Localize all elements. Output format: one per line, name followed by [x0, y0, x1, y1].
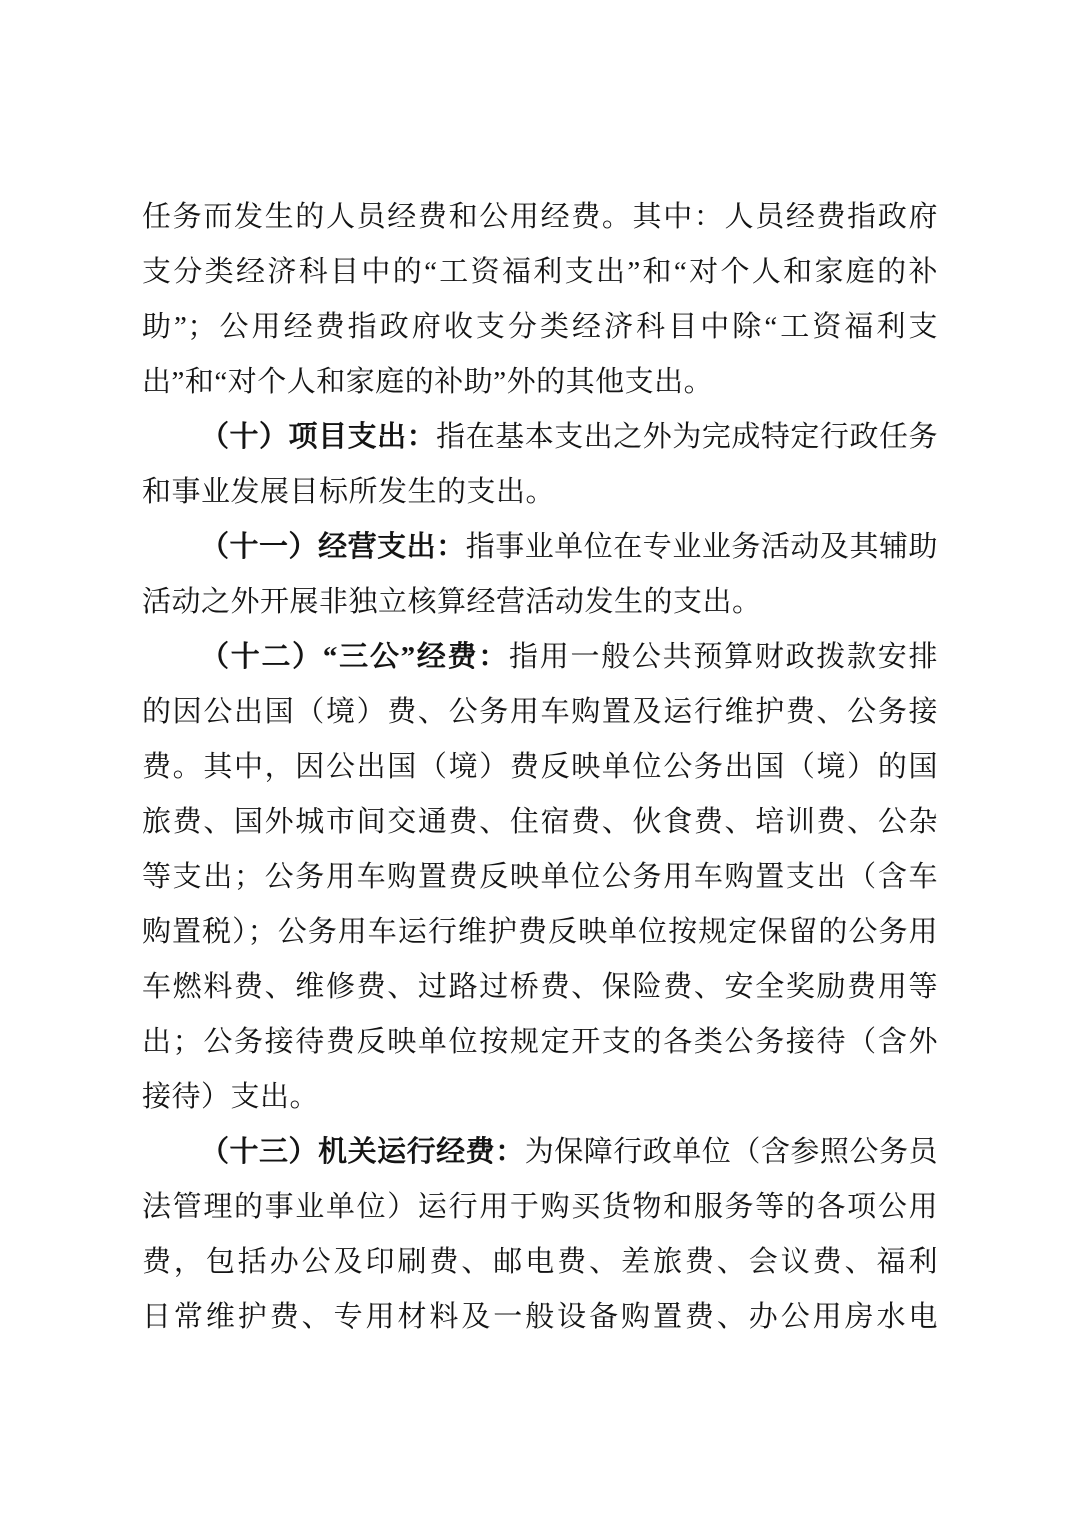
text-line: 支分类经济科目中的“工资福利支出”和“对个人和家庭的补 — [142, 245, 938, 300]
term-definition: 指事业单位在专业业务活动及其辅助 — [466, 531, 938, 563]
term-definition: 指用一般公共预算财政拨款安排 — [509, 641, 938, 673]
text-line: 日常维护费、专用材料及一般设备购置费、办公用房水电费、 — [142, 1290, 938, 1345]
text-line: （十）项目支出：指在基本支出之外为完成特定行政任务 — [142, 410, 938, 465]
text-line: 法管理的事业单位）运行用于购买货物和服务等的各项公用经 — [142, 1180, 938, 1235]
text-line: 购置税）；公务用车运行维护费反映单位按规定保留的公务用 — [142, 905, 938, 960]
text-line: 和事业发展目标所发生的支出。 — [142, 465, 938, 520]
text-line: （十一）经营支出：指事业单位在专业业务活动及其辅助 — [142, 520, 938, 575]
text-line: 的因公出国（境）费、公务用车购置及运行维护费、公务接待 — [142, 685, 938, 740]
term-definition: 指在基本支出之外为完成特定行政任务 — [436, 421, 938, 453]
text-line: 车燃料费、维修费、过路过桥费、保险费、安全奖励费用等支 — [142, 960, 938, 1015]
text-line: 旅费、国外城市间交通费、住宿费、伙食费、培训费、公杂费 — [142, 795, 938, 850]
text-line: 费，包括办公及印刷费、邮电费、差旅费、会议费、福利费、 — [142, 1235, 938, 1290]
term-heading: （十三）机关运行经费： — [200, 1136, 525, 1168]
term-heading: （十一）经营支出： — [200, 531, 466, 563]
text-line: 助”；公用经费指政府收支分类经济科目中除“工资福利支 — [142, 300, 938, 355]
term-heading: （十二）“三公”经费： — [200, 641, 509, 673]
text-line: 等支出；公务用车购置费反映单位公务用车购置支出（含车辆 — [142, 850, 938, 905]
text-line: 出”和“对个人和家庭的补助”外的其他支出。 — [142, 355, 938, 410]
document-body: 任务而发生的人员经费和公用经费。其中：人员经费指政府收支分类经济科目中的“工资福… — [142, 190, 938, 1345]
text-line: 接待）支出。 — [142, 1070, 938, 1125]
term-definition: 为保障行政单位（含参照公务员 — [525, 1136, 938, 1168]
term-heading: （十）项目支出： — [200, 421, 436, 453]
text-line: 费。其中，因公出国（境）费反映单位公务出国（境）的国际 — [142, 740, 938, 795]
document-page: 任务而发生的人员经费和公用经费。其中：人员经费指政府收支分类经济科目中的“工资福… — [0, 0, 1075, 1520]
text-line: 出；公务接待费反映单位按规定开支的各类公务接待（含外宾 — [142, 1015, 938, 1070]
text-line: 活动之外开展非独立核算经营活动发生的支出。 — [142, 575, 938, 630]
text-line: （十二）“三公”经费：指用一般公共预算财政拨款安排 — [142, 630, 938, 685]
text-line: （十三）机关运行经费：为保障行政单位（含参照公务员 — [142, 1125, 938, 1180]
text-line: 任务而发生的人员经费和公用经费。其中：人员经费指政府收 — [142, 190, 938, 245]
